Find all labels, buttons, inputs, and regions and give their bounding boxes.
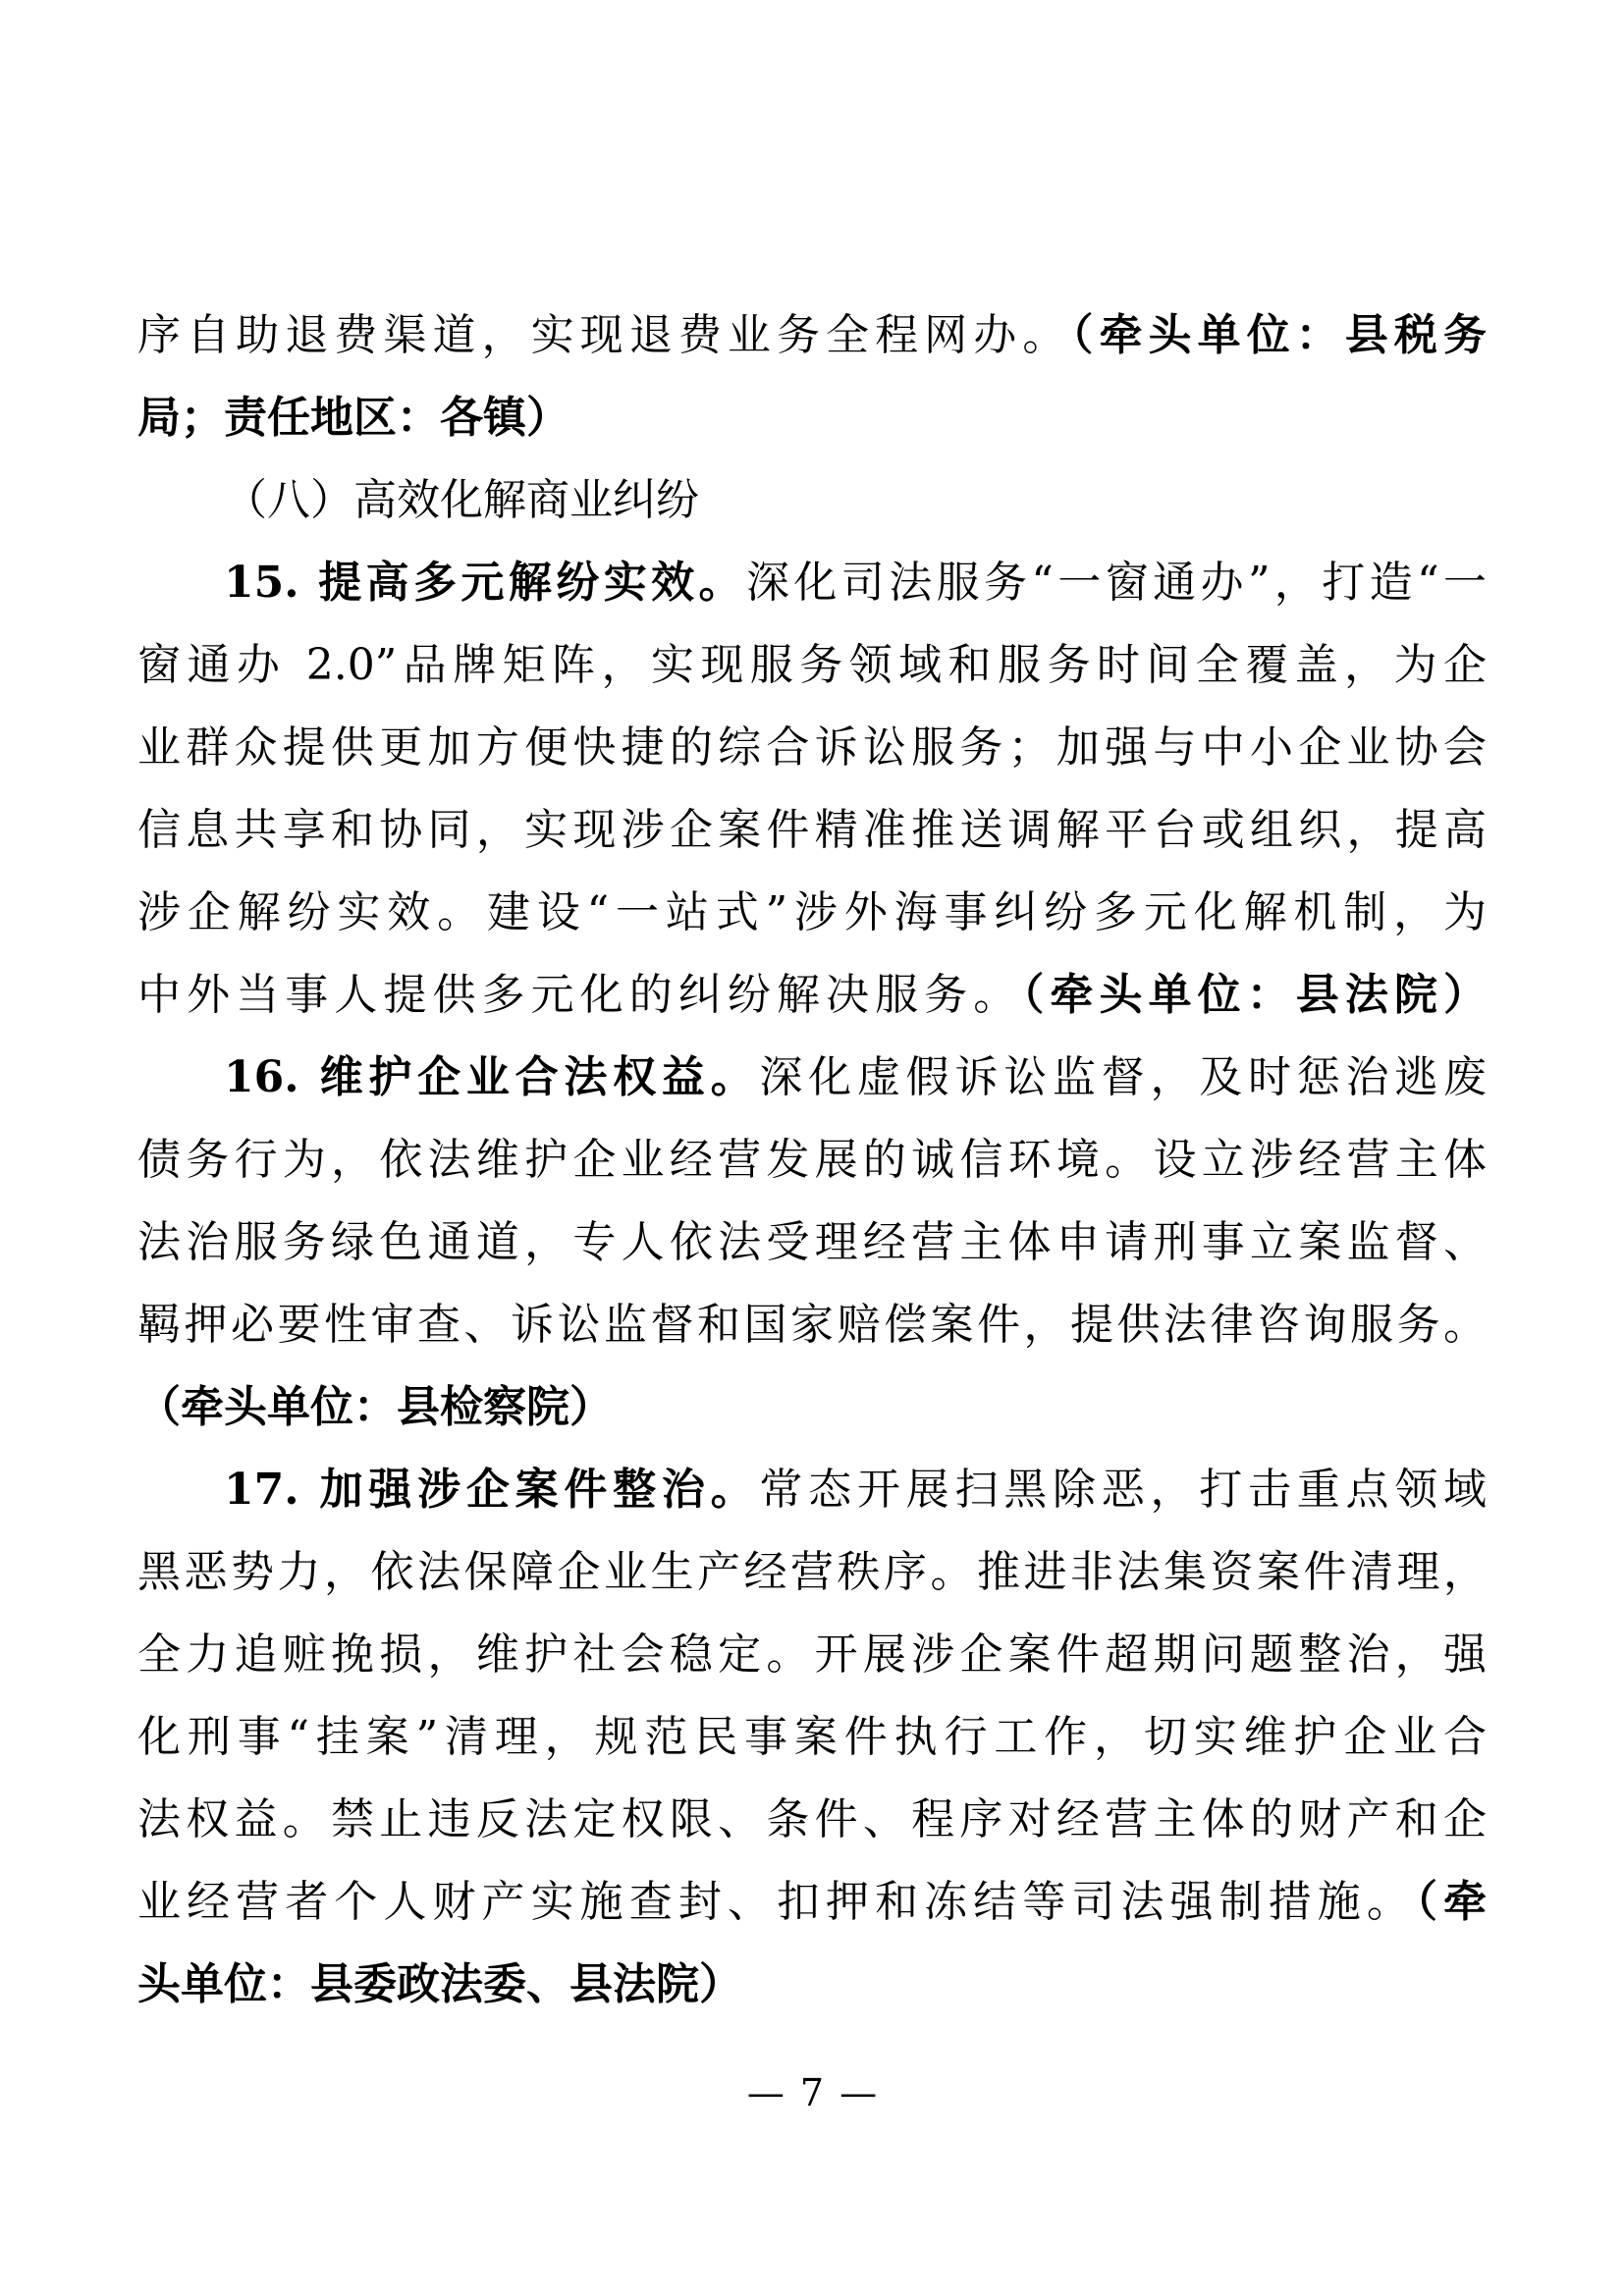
text-segment: 债务行为，依法维护企业经营发展的诚信环境。设立涉经营主体 [137,1135,1487,1185]
paragraph-line: 化刑事“挂案”清理，规范民事案件执行工作，切实维护企业合 [137,1696,1487,1779]
paragraph-line: 局；责任地区：各镇） [137,377,1487,459]
paragraph-line: 中外当事人提供多元化的纠纷解决服务。（牵头单位：县法院） [137,954,1487,1037]
paragraph-line: 羁押必要性审查、诉讼监督和国家赔偿案件，提供法律咨询服务。 [137,1284,1487,1366]
text-segment: 法权益。禁止违反法定权限、条件、程序对经营主体的财产和企 [137,1794,1487,1844]
paragraph-line: 涉企解纷实效。建设“一站式”涉外海事纠纷多元化解机制，为 [137,872,1487,954]
paragraph-line: 债务行为，依法维护企业经营发展的诚信环境。设立涉经营主体 [137,1119,1487,1201]
page-number: 7 [800,2071,824,2114]
document-body: 序自助退费渠道，实现退费业务全程网办。（牵头单位：县税务局；责任地区：各镇）（八… [137,294,1487,2026]
paragraph-line: 序自助退费渠道，实现退费业务全程网办。（牵头单位：县税务 [137,294,1487,377]
paragraph-line: 窗通办 2.0”品牌矩阵，实现服务领域和服务时间全覆盖，为企 [137,624,1487,707]
paragraph-line: 全力追赃挽损，维护社会稳定。开展涉企案件超期问题整治，强 [137,1614,1487,1696]
text-segment: 常态开展扫黑除恶，打击重点领域 [759,1465,1487,1515]
paragraph-line: 16. 维护企业合法权益。深化虚假诉讼监督，及时惩治逃废 [137,1037,1487,1119]
text-segment: 信息共享和协同，实现涉企案件精准推送调解平台或组织，提高 [137,805,1487,855]
footer-dash-left: — [747,2071,785,2114]
text-segment: 窗通办 2.0”品牌矩阵，实现服务领域和服务时间全覆盖，为企 [137,640,1487,690]
paragraph-line: （牵头单位：县检察院） [137,1366,1487,1449]
text-segment: （牵头单位：县税务 [1071,310,1487,360]
text-segment: （牵头单位：县检察院） [137,1382,613,1432]
text-segment: 黑恶势力，依法保障企业生产经营秩序。推进非法集资案件清理， [137,1547,1487,1597]
text-segment: 法治服务绿色通道，专人依法受理经营主体申请刑事立案监督、 [137,1217,1487,1267]
paragraph-line: 法权益。禁止违反法定权限、条件、程序对经营主体的财产和企 [137,1779,1487,1861]
text-segment: 业经营者个人财产实施查封、扣押和冻结等司法强制措施。 [137,1877,1416,1927]
text-segment: 序自助退费渠道，实现退费业务全程网办。 [137,310,1071,360]
paragraph-line: （八）高效化解商业纠纷 [137,459,1487,542]
paragraph-line: 头单位：县委政法委、县法院） [137,1944,1487,2026]
paragraph-line: 15. 提高多元解纷实效。深化司法服务“一窗通办”，打造“一 [137,542,1487,624]
paragraph-line: 法治服务绿色通道，专人依法受理经营主体申请刑事立案监督、 [137,1201,1487,1284]
document-page: 序自助退费渠道，实现退费业务全程网办。（牵头单位：县税务局；责任地区：各镇）（八… [0,0,1624,2296]
text-segment: （牵头单位：县法院） [1022,970,1487,1020]
text-segment: 深化司法服务“一窗通办”，打造“一 [746,558,1487,608]
text-segment: 涉企解纷实效。建设“一站式”涉外海事纠纷多元化解机制，为 [137,887,1487,937]
page-footer: —7— [0,2069,1624,2116]
paragraph-line: 黑恶势力，依法保障企业生产经营秩序。推进非法集资案件清理， [137,1531,1487,1614]
paragraph-line: 业群众提供更加方便快捷的综合诉讼服务；加强与中小企业协会 [137,707,1487,789]
paragraph-line: 17. 加强涉企案件整治。常态开展扫黑除恶，打击重点领域 [137,1449,1487,1531]
footer-dash-right: — [839,2071,877,2114]
paragraph-line: 信息共享和协同，实现涉企案件精准推送调解平台或组织，提高 [137,789,1487,872]
text-segment: 化刑事“挂案”清理，规范民事案件执行工作，切实维护企业合 [137,1712,1487,1762]
paragraph-line: 业经营者个人财产实施查封、扣押和冻结等司法强制措施。（牵 [137,1861,1487,1944]
text-segment: 羁押必要性审查、诉讼监督和国家赔偿案件，提供法律咨询服务。 [137,1300,1487,1350]
text-segment: 17. 加强涉企案件整治。 [224,1465,759,1515]
text-segment: 16. 维护企业合法权益。 [224,1052,759,1102]
text-segment: 全力追赃挽损，维护社会稳定。开展涉企案件超期问题整治，强 [137,1629,1487,1680]
text-segment: （牵 [1416,1877,1487,1927]
text-segment: 业群众提供更加方便快捷的综合诉讼服务；加强与中小企业协会 [137,722,1487,773]
text-segment: 局；责任地区：各镇） [137,393,569,443]
text-segment: 头单位：县委政法委、县法院） [137,1959,742,2009]
text-segment: （八）高效化解商业纠纷 [224,475,699,525]
text-segment: 深化虚假诉讼监督，及时惩治逃废 [759,1052,1487,1102]
text-segment: 中外当事人提供多元化的纠纷解决服务。 [137,970,1022,1020]
text-segment: 15. 提高多元解纷实效。 [224,558,746,608]
